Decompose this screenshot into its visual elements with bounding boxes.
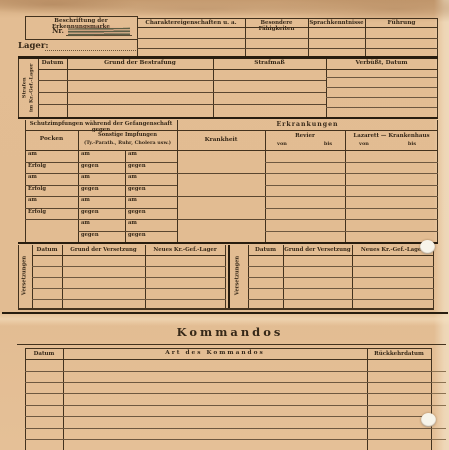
row-line: [177, 196, 265, 197]
row-line: [25, 382, 432, 383]
row-line: [265, 196, 438, 197]
column-divider: [367, 348, 368, 450]
row-line: [177, 173, 265, 174]
row-line: [25, 416, 432, 417]
kommandos-col-header: Rückkehrdatum: [367, 351, 431, 357]
row-line: [265, 173, 438, 174]
sonstige-col-header-line1: Sonstige Impfungen: [78, 133, 177, 139]
row-line: [265, 208, 438, 209]
sonstige-row-label: am: [81, 221, 90, 227]
pocken-col-header: Pocken: [25, 136, 78, 143]
lazarett-von-label: von: [352, 142, 376, 148]
row-line: [25, 405, 432, 406]
grid-line: [38, 69, 438, 70]
traits-col-header: Besondere Fähigkeiten: [246, 20, 307, 32]
traits-col-header: Sprachkenntnisse: [309, 20, 364, 26]
pocken-row-label: am: [28, 175, 37, 181]
transfers-col-header: Grund der Versetzung: [62, 247, 145, 253]
row-line: [177, 219, 265, 220]
sonstige-row-label: am: [81, 198, 90, 204]
sonstige-row-label: gegen: [81, 210, 99, 216]
lager-label: Lager:: [18, 42, 48, 52]
column-divider: [78, 130, 79, 242]
sonstige-row-label: am: [128, 198, 137, 204]
section-border: [18, 308, 434, 310]
punishments-col-header: Datum: [38, 60, 67, 67]
punishments-col-header: Strafmaß: [213, 60, 326, 67]
row-line: [326, 107, 437, 108]
revier-bis-label: bis: [316, 142, 340, 148]
row-line: [265, 185, 438, 186]
grid-line: [137, 48, 438, 49]
illnesses-title: Erkrankungen: [177, 121, 438, 128]
column-divider: [326, 59, 327, 118]
row-line: [25, 439, 432, 440]
row-line: [25, 393, 432, 394]
revier-von-label: von: [270, 142, 294, 148]
sonstige-row-label: am: [128, 221, 137, 227]
sonstige-row-label: am: [81, 152, 90, 158]
column-divider: [228, 245, 230, 309]
row-line: [326, 97, 437, 98]
pocken-row-label: am: [28, 198, 37, 204]
transfers-col-header: Datum: [32, 247, 62, 253]
pocken-row-label: Erfolg: [28, 187, 46, 193]
traits-col-header: Führung: [366, 20, 437, 27]
column-divider: [431, 348, 432, 450]
punch-hole: [420, 240, 435, 254]
pocken-row-label: Erfolg: [28, 164, 46, 170]
grid-line: [32, 255, 226, 256]
row-line: [432, 393, 446, 394]
row-line: [38, 80, 326, 81]
row-line: [432, 371, 446, 372]
sonstige-row-label: gegen: [81, 164, 99, 170]
column-divider: [18, 245, 19, 309]
row-line: [265, 219, 438, 220]
row-line: [326, 77, 437, 78]
column-divider: [25, 348, 26, 450]
transfers-side-label: Versetzungen: [21, 246, 28, 306]
punishments-col-header: Grund der Bestrafung: [67, 60, 213, 67]
row-line: [248, 266, 434, 267]
revier-col-header: Revier: [265, 133, 345, 139]
row-line: [248, 299, 434, 300]
pocken-row-label: Erfolg: [28, 210, 46, 216]
kommandos-col-header: Datum: [25, 351, 63, 357]
grid-line: [25, 359, 432, 360]
row-line: [432, 405, 446, 406]
section-border: [18, 56, 438, 59]
row-line: [432, 382, 446, 383]
row-line: [32, 277, 226, 278]
lager-dotted-line: [45, 43, 136, 51]
column-divider: [18, 59, 19, 118]
row-line: [326, 87, 437, 88]
sonstige-row-label: gegen: [81, 187, 99, 193]
transfers-side-label: Versetzungen: [234, 246, 241, 306]
section-border: [18, 117, 438, 119]
column-divider: [213, 59, 214, 118]
nr-value-scribble: [68, 27, 130, 36]
row-line: [32, 288, 226, 289]
grid-line: [248, 255, 434, 256]
row-line: [32, 266, 226, 267]
scanned-record-card: Beschriftung der Erkennungsmarke Nr. Lag…: [0, 0, 449, 450]
column-divider: [67, 59, 68, 118]
punishments-side-label: Strafen im Kr.-Gef.-Lager: [21, 58, 35, 118]
transfers-col-header: Neues Kr.-Gef.-Lager: [145, 247, 225, 253]
nr-label: Nr.: [52, 27, 64, 35]
lazarett-bis-label: bis: [400, 142, 424, 148]
row-line: [25, 219, 78, 220]
sonstige-row-label: gegen: [128, 187, 146, 193]
row-line: [265, 162, 438, 163]
transfers-col-header: Datum: [248, 247, 283, 253]
kommandos-col-header: Art des Kommandos: [63, 350, 367, 357]
column-divider: [265, 130, 266, 242]
sonstige-row-label: gegen: [128, 210, 146, 216]
row-line: [25, 371, 432, 372]
card-edge-line: [2, 312, 448, 315]
lazarett-col-header: Lazarett — Krankenhaus: [345, 133, 438, 139]
column-divider: [38, 59, 39, 118]
krankheit-col-header: Krankheit: [177, 137, 265, 144]
row-line: [25, 428, 432, 429]
row-line: [248, 288, 434, 289]
column-divider: [437, 59, 438, 118]
title-rule: [17, 344, 446, 345]
row-line: [32, 299, 226, 300]
row-line: [38, 104, 326, 105]
row-line: [432, 439, 446, 440]
transfers-col-header: Grund der Versetzung: [283, 247, 352, 253]
traits-col-header: Charaktereigenschaften u. a.: [138, 20, 244, 26]
sonstige-col-header-line2: (Ty.-Parath., Ruhr, Cholera usw.): [78, 141, 177, 147]
row-line: [265, 231, 438, 232]
sonstige-row-label: am: [128, 175, 137, 181]
sonstige-row-label: am: [81, 175, 90, 181]
punch-hole: [421, 413, 436, 427]
sonstige-row-label: gegen: [128, 233, 146, 239]
column-divider: [345, 130, 346, 242]
row-line: [248, 277, 434, 278]
grid-line: [137, 38, 438, 39]
kommandos-title: Kommandos: [25, 326, 435, 339]
sonstige-row-label: am: [128, 152, 137, 158]
column-divider: [63, 348, 64, 450]
punishments-col-header: Verbüßt, Datum: [326, 60, 437, 67]
sonstige-row-label: gegen: [128, 164, 146, 170]
row-line: [432, 428, 446, 429]
sonstige-row-label: gegen: [81, 233, 99, 239]
pocken-row-label: am: [28, 152, 37, 158]
grid-line: [25, 348, 432, 349]
row-line: [38, 92, 326, 93]
